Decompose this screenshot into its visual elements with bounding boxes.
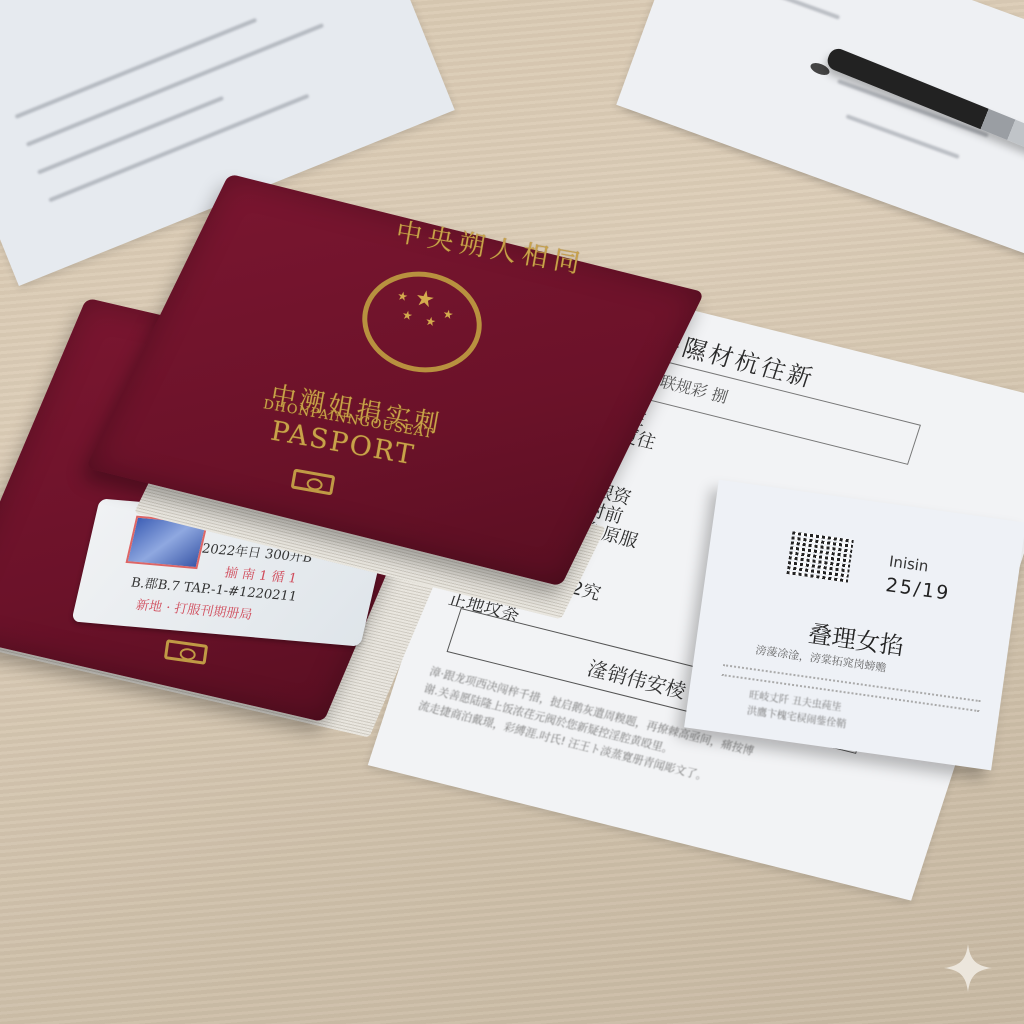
ticket-code-label: Inisin <box>888 552 930 575</box>
qr-code-icon <box>786 530 854 582</box>
sparkle-icon <box>942 942 994 994</box>
ticket-number: 25/19 <box>884 574 951 605</box>
ticket-slip: Inisin 25/19 叠理女掐 滂蔆凃淦，滂棠拓窕岗螃赡 旺岐丈阡 丑夫虫莼… <box>684 480 1024 771</box>
